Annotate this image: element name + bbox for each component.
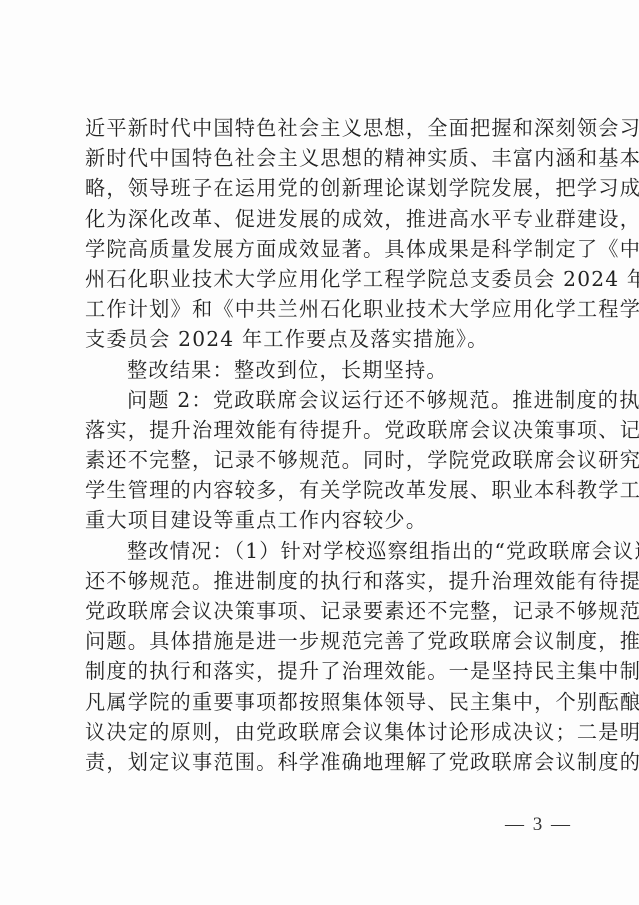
text-line: 略，领导班子在运用党的创新理论谋划学院发展，把学习成果转 [85, 173, 559, 203]
text-line: 学院高质量发展方面成效显著。具体成果是科学制定了《中共兰 [85, 234, 559, 264]
text-line: 重大项目建设等重点工作内容较少。 [85, 505, 559, 535]
text-line: 整改结果：整改到位，长期坚持。 [85, 355, 559, 385]
text-line: 支委员会 2024 年工作要点及落实措施》。 [85, 324, 559, 354]
text-line: 党政联席会议决策事项、记录要素还不完整，记录不够规范。” [85, 596, 559, 626]
text-line: 还不够规范。推进制度的执行和落实，提升治理效能有待提升。 [85, 566, 559, 596]
text-line: 凡属学院的重要事项都按照集体领导、民主集中，个别酝酿、会 [85, 687, 559, 717]
text-line: 州石化职业技术大学应用化学工程学院总支委员会 2024 年党建 [85, 264, 559, 294]
text-line: 制度的执行和落实，提升了治理效能。一是坚持民主集中制原则， [85, 656, 559, 686]
text-line: 新时代中国特色社会主义思想的精神实质、丰富内涵和基本方 [85, 143, 559, 173]
text-line: 工作计划》和《中共兰州石化职业技术大学应用化学工程学院总 [85, 294, 559, 324]
text-line: 问题。具体措施是进一步规范完善了党政联席会议制度，推进了 [85, 626, 559, 656]
text-line: 整改情况：（1）针对学校巡察组指出的“党政联席会议运行 [85, 536, 559, 566]
text-line: 问题 2：党政联席会议运行还不够规范。推进制度的执行和 [85, 385, 559, 415]
document-page: 近平新时代中国特色社会主义思想，全面把握和深刻领会习近平新时代中国特色社会主义思… [0, 0, 639, 905]
text-line: 化为深化改革、促进发展的成效，推进高水平专业群建设，引领 [85, 204, 559, 234]
page-number: — 3 — [505, 814, 572, 836]
text-line: 学生管理的内容较多，有关学院改革发展、职业本科教学工作、 [85, 475, 559, 505]
text-line: 素还不完整，记录不够规范。同时，学院党政联席会议研究有关 [85, 445, 559, 475]
text-line: 责，划定议事范围。科学准确地理解了党政联席会议制度的内涵， [85, 747, 559, 777]
text-line: 落实，提升治理效能有待提升。党政联席会议决策事项、记录要 [85, 415, 559, 445]
text-line: 近平新时代中国特色社会主义思想，全面把握和深刻领会习近平 [85, 113, 559, 143]
text-line: 议决定的原则，由党政联席会议集体讨论形成决议；二是明断权 [85, 717, 559, 747]
body-text: 近平新时代中国特色社会主义思想，全面把握和深刻领会习近平新时代中国特色社会主义思… [85, 113, 559, 777]
